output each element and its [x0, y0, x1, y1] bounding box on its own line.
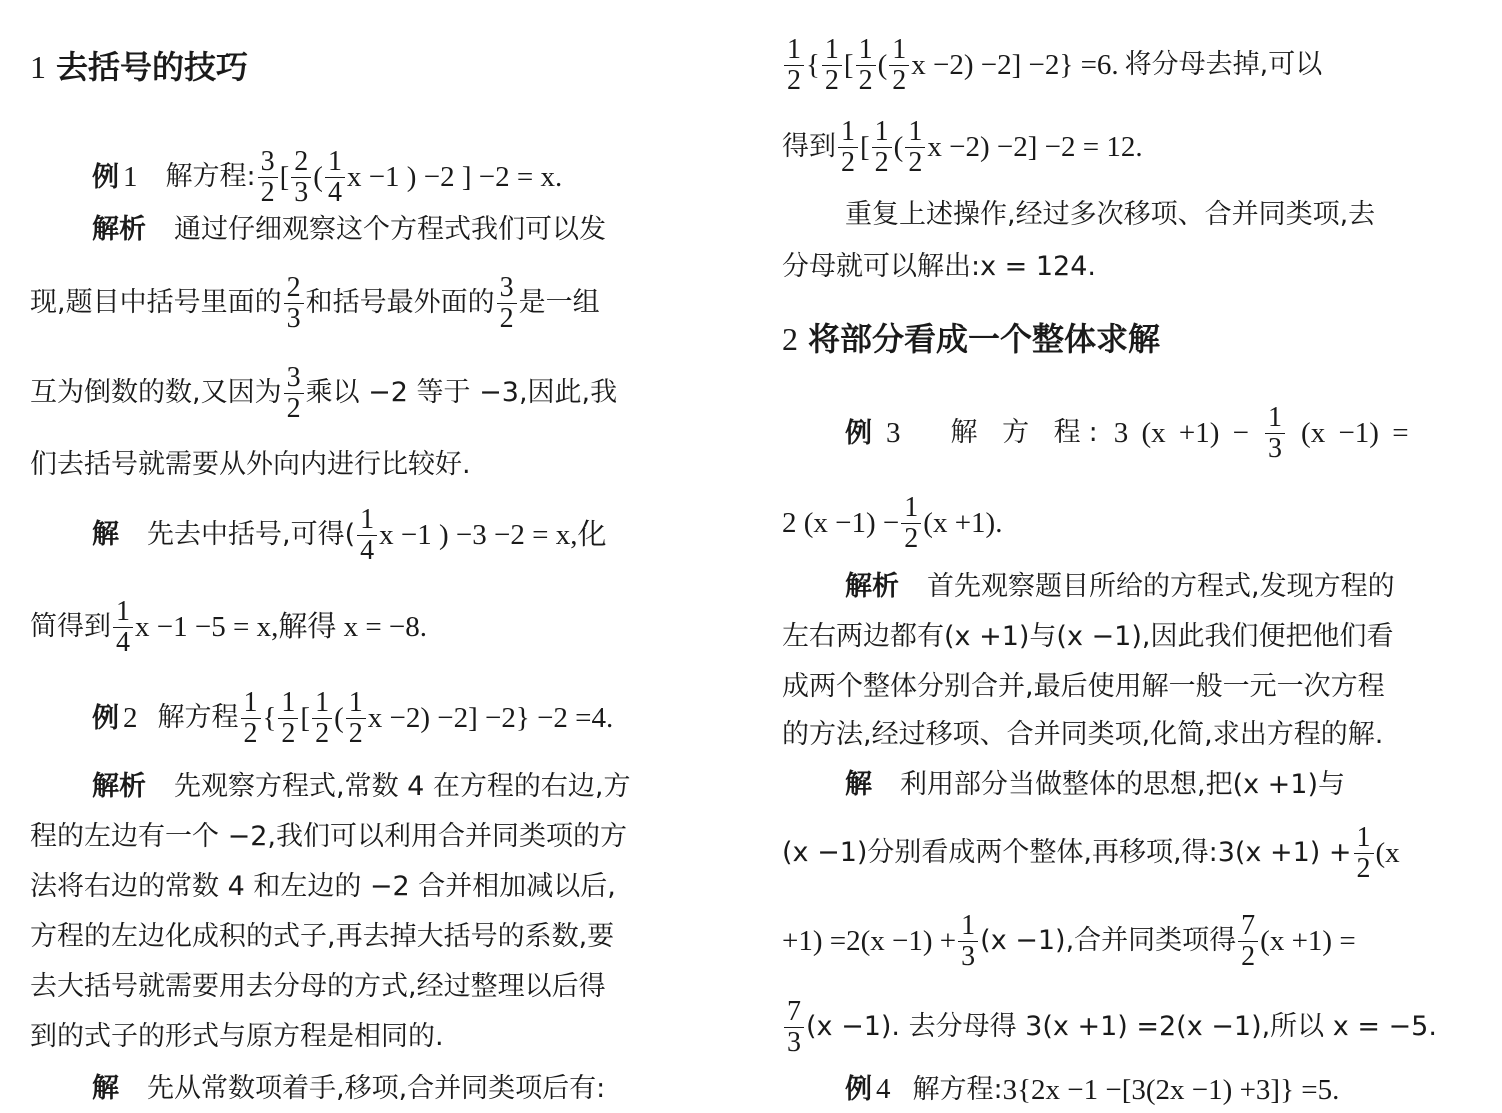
example-label: 例4: [845, 1072, 891, 1107]
analysis-1-line-3: 互为倒数的数,又因为 32 乘以 −2 等于 −3,因此,我: [30, 358, 617, 428]
analysis-3-line-4: 的方法,经过移项、合并同类项,化简,求出方程的解.: [782, 718, 1383, 752]
section-2-heading: 2 将部分看成一个整体求解: [782, 322, 1160, 356]
fraction: 14: [113, 597, 133, 658]
fraction: 12: [241, 688, 261, 749]
fraction: 12: [901, 493, 921, 554]
fraction: 12: [346, 688, 366, 749]
document-page: 1 去括号的技巧 例1 解方程: 32 [ 23 ( 14 x −1 ) −2 …: [0, 0, 1502, 1113]
solution-1-line-1: 解 先去中括号,可得( 14 x −1 ) −3 −2 = x,化: [92, 500, 606, 570]
fraction: 32: [258, 147, 278, 208]
solution-label: 解: [92, 1072, 119, 1106]
fraction: 73: [784, 997, 804, 1058]
solution-label: 解: [845, 768, 872, 802]
prompt: 解方程:: [166, 160, 256, 194]
fraction: 12: [784, 35, 804, 96]
analysis-3-line-1: 解析 首先观察题目所给的方程式,发现方程的: [845, 570, 1395, 604]
fraction: 12: [1354, 823, 1374, 884]
fraction: 13: [1265, 403, 1285, 464]
analysis-2-line-1: 解析 先观察方程式,常数 4 在方程的右边,方: [92, 770, 631, 804]
equation-tail: x −1 ) −2 ] −2 = x.: [347, 160, 562, 194]
fraction: 12: [856, 35, 876, 96]
fraction: 14: [325, 147, 345, 208]
analysis-1-line-1: 解析 通过仔细观察这个方程式我们可以发: [92, 213, 606, 247]
example-label: 例2: [92, 701, 138, 736]
section-title: 去括号的技巧: [56, 50, 248, 84]
solution-3-line-1: 解 利用部分当做整体的思想,把(x +1)与: [845, 768, 1345, 802]
equation: 3{2x −1 −[3(2x −1) +3]} =5.: [1003, 1073, 1340, 1107]
solution-1-line-2: 简得到 14 x −1 −5 = x,解得 x = −8.: [30, 592, 427, 662]
fraction: 14: [357, 505, 377, 566]
solution-3-line-3: +1) =2(x −1) + 13 (x −1),合并同类项得 72 (x +1…: [782, 906, 1356, 976]
analysis-label: 解析: [92, 770, 146, 804]
example-2: 例2 解方程 12 { 12 [ 12 ( 12 x −2) −2] −2} −…: [92, 683, 613, 753]
fraction: 32: [497, 273, 517, 334]
fraction: 12: [905, 117, 925, 178]
analysis-2-line-6: 到的式子的形式与原方程是相同的.: [30, 1020, 444, 1054]
fraction: 12: [889, 35, 909, 96]
fraction: 12: [838, 117, 858, 178]
fraction: 12: [822, 35, 842, 96]
example-4: 例4 解方程: 3{2x −1 −[3(2x −1) +3]} =5.: [845, 1072, 1339, 1107]
fraction: 13: [958, 911, 978, 972]
fraction: 12: [312, 688, 332, 749]
fraction: 23: [284, 273, 304, 334]
solution-2-cont-line-2: 得到 12 [ 12 ( 12 x −2) −2] −2 = 12.: [782, 112, 1143, 182]
fraction: 23: [291, 147, 311, 208]
fraction: 12: [872, 117, 892, 178]
solution-3-line-2: (x −1)分别看成两个整体,再移项,得:3(x +1) + 12 (x: [782, 818, 1400, 888]
analysis-label: 解析: [845, 570, 899, 604]
fraction: 32: [284, 363, 304, 424]
analysis-3-line-2: 左右两边都有(x +1)与(x −1),因此我们便把他们看: [782, 620, 1393, 654]
section-title: 将部分看成一个整体求解: [808, 322, 1160, 356]
example-label: 例1: [92, 160, 138, 195]
analysis-1-line-2: 现,题目中括号里面的 23 和括号最外面的 32 是一组: [30, 268, 600, 338]
example-label: 例3: [845, 416, 901, 451]
example-3-line-2: 2 (x −1) − 12 (x +1).: [782, 488, 1002, 558]
analysis-1-line-4: 们去括号就需要从外向内进行比较好.: [30, 448, 471, 482]
solution-2-cont-line-1: 12 { 12 [ 12 ( 12 x −2) −2] −2} =6. 将分母去…: [782, 30, 1322, 100]
example-1: 例1 解方程: 32 [ 23 ( 14 x −1 ) −2 ] −2 = x.: [92, 142, 562, 212]
example-3-line-1: 例3 解 方 程: 3 (x +1) − 13 (x −1) =: [845, 398, 1409, 468]
fraction: 12: [278, 688, 298, 749]
fraction: 72: [1238, 911, 1258, 972]
solution-3-line-4: 73 (x −1). 去分母得 3(x +1) =2(x −1),所以 x = …: [782, 992, 1437, 1062]
analysis-2-line-5: 去大括号就需要用去分母的方式,经过整理以后得: [30, 970, 606, 1004]
section-1-heading: 1 去括号的技巧: [30, 50, 248, 84]
solution-2-cont-line-3: 重复上述操作,经过多次移项、合并同类项,去: [845, 198, 1375, 232]
solution-label: 解: [92, 518, 119, 552]
analysis-3-line-3: 成两个整体分别合并,最后使用解一般一元一次方程: [782, 670, 1385, 704]
solution-2-cont-line-4: 分母就可以解出:x = 124.: [782, 250, 1096, 284]
analysis-2-line-4: 方程的左边化成积的式子,再去掉大括号的系数,要: [30, 920, 614, 954]
analysis-label: 解析: [92, 213, 146, 247]
analysis-2-line-3: 法将右边的常数 4 和左边的 −2 合并相加减以后,: [30, 870, 616, 904]
solution-2-line-1: 解 先从常数项着手,移项,合并同类项后有:: [92, 1072, 605, 1106]
analysis-2-line-2: 程的左边有一个 −2,我们可以利用合并同类项的方: [30, 820, 627, 854]
